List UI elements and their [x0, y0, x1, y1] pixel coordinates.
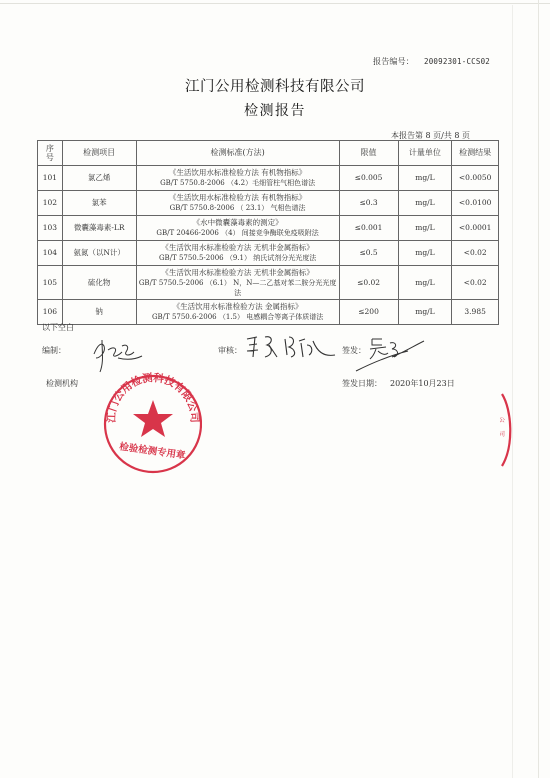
standard-method: GB/T 5750.6-2006 （1.5） 电感耦合等离子体质谱法: [139, 312, 337, 322]
table-header-row: 序号 检测项目 检测标准(方法) 限值 计量单位 检测结果: [38, 141, 499, 166]
official-seal: 江门公用检测科技有限公司 检验检测专用章: [102, 372, 202, 476]
cell-result: <0.02: [452, 241, 499, 266]
cell-unit: mg/L: [398, 191, 452, 216]
cell-result: <0.02: [452, 266, 499, 300]
table-row: 104氨氮（以N计）《生活饮用水标准检验方法 无机非金属指标》GB/T 5750…: [38, 241, 499, 266]
svg-text:公: 公: [500, 417, 505, 424]
reviewed-by-label: 审核：: [218, 345, 242, 356]
standard-name: 《生活饮用水标准检验方法 有机物指标》: [139, 168, 337, 178]
col-header-no: 序号: [38, 141, 63, 166]
table-row: 106钠《生活饮用水标准检验方法 金属指标》GB/T 5750.6-2006 （…: [38, 300, 499, 325]
report-number-value: 20092301-CCS02: [424, 57, 490, 66]
cell-unit: mg/L: [398, 216, 452, 241]
cell-standard: 《水中微囊藻毒素的测定》GB/T 20466-2006 （4） 间接竞争酶联免疫…: [136, 216, 339, 241]
standard-name: 《水中微囊藻毒素的测定》: [139, 218, 337, 228]
cell-result: <0.0001: [452, 216, 499, 241]
cell-item: 氯苯: [62, 191, 136, 216]
report-number-label: 报告编号：: [373, 57, 414, 66]
compiled-by-label: 编制：: [42, 345, 66, 356]
no-more-note: 以下空白: [42, 322, 74, 333]
cell-unit: mg/L: [398, 266, 452, 300]
company-name: 江门公用检测科技有限公司: [0, 75, 550, 96]
table-row: 102氯苯《生活饮用水标准检验方法 有机物指标》GB/T 5750.8-2006…: [38, 191, 499, 216]
table-row: 105硫化物《生活饮用水标准检验方法 无机非金属指标》GB/T 5750.5-2…: [38, 266, 499, 300]
standard-method: GB/T 20466-2006 （4） 间接竞争酶联免疫吸附法: [139, 228, 337, 238]
page-edge: [0, 3, 550, 4]
report-number: 报告编号：20092301-CCS02: [373, 56, 490, 67]
col-header-standard: 检测标准(方法): [136, 141, 339, 166]
cell-limit: ≤0.02: [339, 266, 398, 300]
cell-item: 微囊藻毒素-LR: [62, 216, 136, 241]
standard-method: GB/T 5750.8-2006 （4.2）毛细管柱气相色谱法: [139, 178, 337, 188]
cell-limit: ≤0.005: [339, 166, 398, 191]
issue-date: 签发日期：2020年10月23日: [342, 378, 455, 389]
cell-unit: mg/L: [398, 241, 452, 266]
col-header-result: 检测结果: [452, 141, 499, 166]
table-row: 101氯乙烯《生活饮用水标准检验方法 有机物指标》GB/T 5750.8-200…: [38, 166, 499, 191]
issue-date-label: 签发日期：: [342, 379, 382, 388]
reviewer-signature: [243, 331, 338, 363]
cell-standard: 《生活饮用水标准检验方法 有机物指标》GB/T 5750.8-2006 （ 23…: [136, 191, 339, 216]
standard-name: 《生活饮用水标准检验方法 无机非金属指标》: [139, 268, 337, 278]
cell-item: 硫化物: [62, 266, 136, 300]
standard-name: 《生活饮用水标准检验方法 无机非金属指标》: [139, 243, 337, 253]
cell-no: 102: [38, 191, 63, 216]
approver-signature: [352, 333, 432, 373]
standard-name: 《生活饮用水标准检验方法 有机物指标》: [139, 193, 337, 203]
results-table: 序号 检测项目 检测标准(方法) 限值 计量单位 检测结果 101氯乙烯《生活饮…: [37, 140, 499, 325]
cell-standard: 《生活饮用水标准检验方法 无机非金属指标》GB/T 5750.5-2006 （6…: [136, 266, 339, 300]
cell-result: <0.0050: [452, 166, 499, 191]
col-header-limit: 限值: [339, 141, 398, 166]
cell-item: 氨氮（以N计）: [62, 241, 136, 266]
standard-method: GB/T 5750.8-2006 （ 23.1） 气相色谱法: [139, 203, 337, 213]
cell-limit: ≤0.3: [339, 191, 398, 216]
cell-no: 106: [38, 300, 63, 325]
report-title: 检测报告: [0, 100, 550, 120]
col-header-unit: 计量单位: [398, 141, 452, 166]
standard-method: GB/T 5750.5-2006 （6.1） N，N—二乙基对苯二胺分光光度法: [139, 278, 337, 298]
cell-limit: ≤0.001: [339, 216, 398, 241]
cell-item: 钠: [62, 300, 136, 325]
testing-org-label: 检测机构: [46, 378, 78, 389]
cell-no: 105: [38, 266, 63, 300]
compiler-signature: [88, 332, 148, 374]
cell-item: 氯乙烯: [62, 166, 136, 191]
cell-no: 103: [38, 216, 63, 241]
cell-standard: 《生活饮用水标准检验方法 金属指标》GB/T 5750.6-2006 （1.5）…: [136, 300, 339, 325]
cell-limit: ≤200: [339, 300, 398, 325]
cell-result: 3.985: [452, 300, 499, 325]
table-row: 103微囊藻毒素-LR《水中微囊藻毒素的测定》GB/T 20466-2006 （…: [38, 216, 499, 241]
seal-bottom-text: 检验检测专用章: [119, 440, 187, 461]
cell-no: 104: [38, 241, 63, 266]
issue-date-value: 2020年10月23日: [390, 379, 455, 388]
cell-standard: 《生活饮用水标准检验方法 有机物指标》GB/T 5750.8-2006 （4.2…: [136, 166, 339, 191]
cell-no: 101: [38, 166, 63, 191]
star-icon: [133, 400, 173, 437]
standard-name: 《生活饮用水标准检验方法 金属指标》: [139, 302, 337, 312]
col-header-item: 检测项目: [62, 141, 136, 166]
standard-method: GB/T 5750.5-2006 （9.1） 纳氏试剂分光光度法: [139, 253, 337, 263]
partial-seal: 公 司: [500, 390, 530, 470]
cell-standard: 《生活饮用水标准检验方法 无机非金属指标》GB/T 5750.5-2006 （9…: [136, 241, 339, 266]
cell-result: <0.0100: [452, 191, 499, 216]
svg-text:司: 司: [500, 430, 505, 438]
cell-limit: ≤0.5: [339, 241, 398, 266]
cell-unit: mg/L: [398, 166, 452, 191]
cell-unit: mg/L: [398, 300, 452, 325]
